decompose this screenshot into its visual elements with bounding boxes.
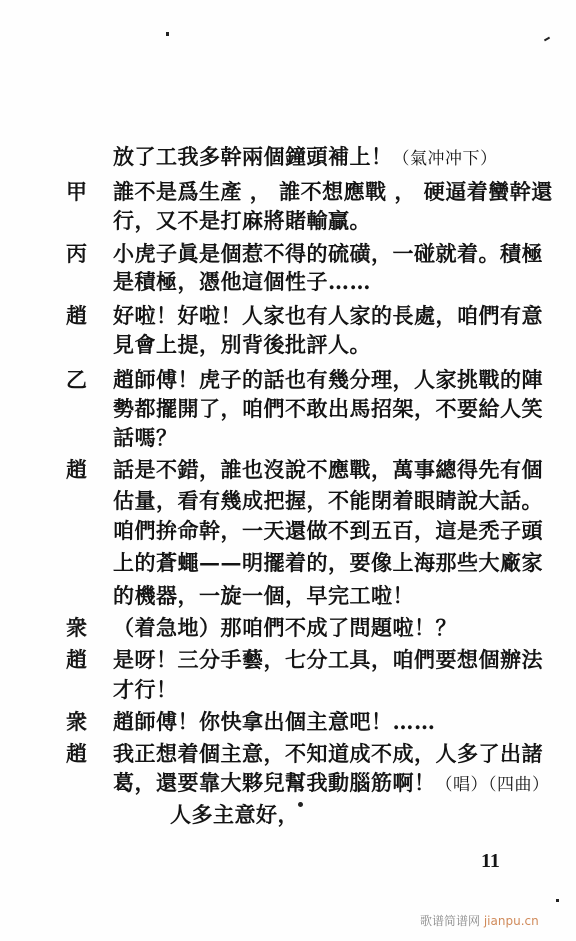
dialogue-text: 放了工我多幹兩個鐘頭補上！ xyxy=(113,144,393,169)
dialogue-text: 估量，看有幾成把握，不能閉着眼睛說大話。 xyxy=(113,487,543,515)
dialogue-text: 趙師傅！你快拿出個主意吧！…… xyxy=(113,708,436,736)
dialogue-text: 勢都擺開了，咱們不敢出馬招架，不要給人笑 xyxy=(113,395,543,423)
dialogue-text: 葛，還要靠大夥兒幫我動腦筋啊！ xyxy=(113,770,436,795)
scan-speck xyxy=(166,32,169,36)
speaker-label: 衆 xyxy=(66,614,87,642)
scanned-script-page: 放了工我多幹兩個鐘頭補上！（氣冲冲下） 甲 誰不是爲生產 ， 誰不想應戰 ， 硬… xyxy=(0,0,576,941)
stage-direction: （氣冲冲下） xyxy=(393,149,498,169)
speaker-label: 衆 xyxy=(66,708,87,736)
dialogue-text: 小虎子眞是個惹不得的硫磺，一碰就着。積極 xyxy=(113,240,543,268)
dialogue-text: 行，又不是打麻將賭輸贏。 xyxy=(113,207,371,235)
speaker-label: 趙 xyxy=(66,646,87,674)
script-line-continuation: 放了工我多幹兩個鐘頭補上！（氣冲冲下） xyxy=(113,143,498,173)
lyric-line: 人多主意好， xyxy=(170,801,299,829)
dialogue-text: 趙師傅！虎子的話也有幾分理，人家挑戰的陣 xyxy=(113,366,543,394)
dialogue-text: 我正想着個主意，不知道成不成，人多了出諸 xyxy=(113,740,543,768)
scan-speck xyxy=(556,899,559,902)
speaker-label: 趙 xyxy=(66,456,87,484)
dialogue-text: 才行！ xyxy=(113,676,178,704)
dialogue-text: 誰不是爲生產 ， 誰不想應戰 ， 硬逼着蠻幹還 xyxy=(113,178,553,206)
dialogue-text: 是積極，憑他這個性子…… xyxy=(113,268,371,296)
scan-speck xyxy=(298,802,303,807)
dialogue-text: 上的蒼蠅——明擺着的，要像上海那些大廠家 xyxy=(113,549,543,577)
dialogue-text: （着急地）那咱們不成了問題啦！？ xyxy=(113,614,457,642)
stage-direction: （唱）（四曲） xyxy=(436,775,550,795)
scan-speck xyxy=(544,37,550,42)
dialogue-text: 的機器，一旋一個，早完工啦！ xyxy=(113,582,414,610)
page-number: 11 xyxy=(481,850,500,873)
speaker-label: 趙 xyxy=(66,740,87,768)
dialogue-text: 是呀！三分手藝，七分工具，咱們要想個辦法 xyxy=(113,646,543,674)
dialogue-text: 好啦！好啦！人家也有人家的長處，咱們有意 xyxy=(113,302,543,330)
dialogue-text: 咱們拚命幹，一天還做不到五百，這是禿子頭 xyxy=(113,517,543,545)
speaker-label: 丙 xyxy=(66,240,87,268)
dialogue-text: 話嗎？ xyxy=(113,424,178,452)
dialogue-text: 見會上提，別背後批評人。 xyxy=(113,331,371,359)
watermark: 歌谱简谱网 jianpu.cn xyxy=(420,912,539,929)
watermark-domain: jianpu.cn xyxy=(484,914,539,928)
speaker-label: 趙 xyxy=(66,302,87,330)
speaker-label: 甲 xyxy=(66,178,87,206)
watermark-site-name: 歌谱简谱网 xyxy=(420,914,480,928)
dialogue-line-with-direction: 葛，還要靠大夥兒幫我動腦筋啊！（唱）（四曲） xyxy=(113,769,550,799)
speaker-label: 乙 xyxy=(66,366,87,394)
dialogue-text: 話是不錯，誰也沒說不應戰，萬事總得先有個 xyxy=(113,456,543,484)
